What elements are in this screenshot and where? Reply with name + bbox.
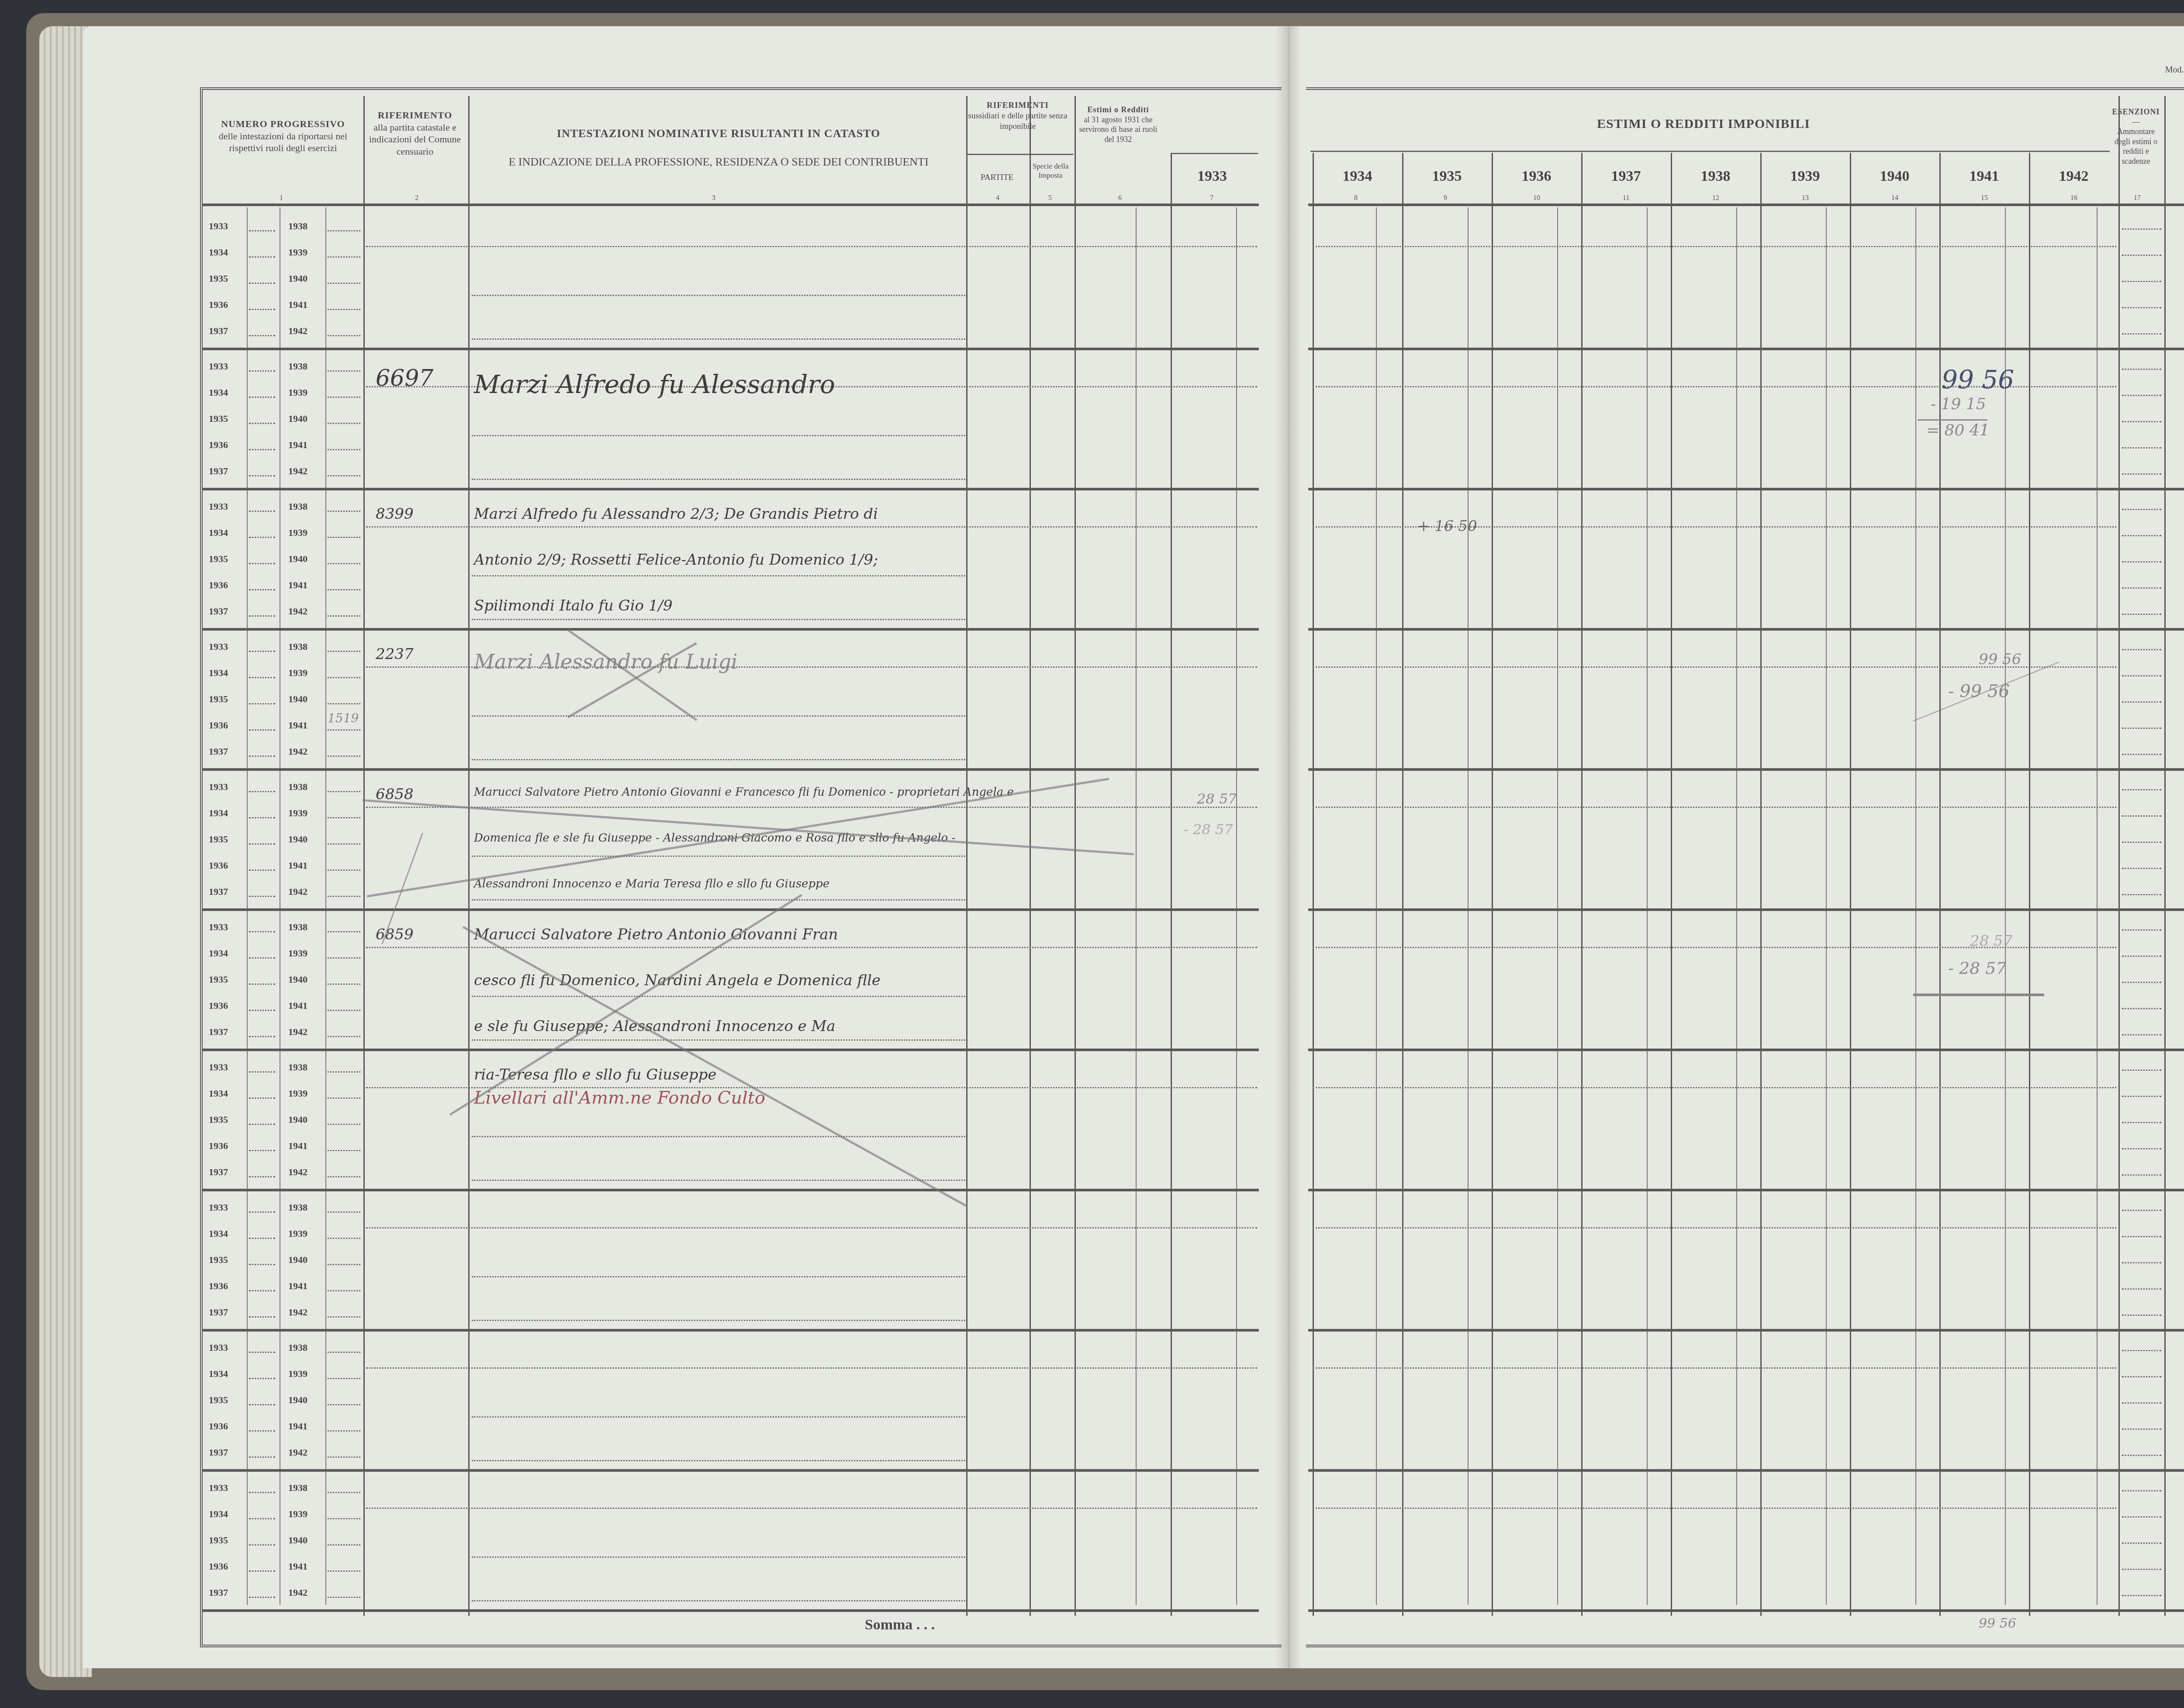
entry-line [472, 1276, 965, 1277]
year-label: 1940 [288, 1535, 308, 1546]
dotted-leader [2122, 754, 2161, 755]
dotted-leader [249, 896, 275, 897]
column-number-1: 1 [280, 194, 283, 202]
dotted-leader [249, 563, 275, 564]
year-label: 1939 [288, 667, 308, 679]
dotted-leader [249, 817, 275, 818]
year-label: 1935 [209, 1114, 228, 1125]
column-number-12: 12 [1712, 194, 1719, 202]
year-label: 1939 [288, 807, 308, 819]
dotted-leader [249, 791, 275, 792]
dotted-leader [249, 1544, 275, 1546]
partita-number: 2237 [376, 645, 414, 663]
somma-label: Somma . . . [843, 1616, 957, 1635]
dotted-leader [2122, 1236, 2161, 1237]
entry-line [366, 1367, 1257, 1369]
year-label: 1933 [209, 1062, 228, 1073]
entry-line [366, 807, 1257, 808]
header-year-1933: 1933 [1171, 168, 1254, 185]
column-rule [2118, 96, 2120, 1616]
year-label: 1933 [209, 501, 228, 512]
entry-line-right [1313, 1227, 2116, 1228]
dotted-leader [249, 1492, 275, 1493]
dotted-leader [328, 1352, 360, 1353]
entry-separator-right [1308, 1609, 2184, 1612]
dotted-leader [249, 1124, 275, 1125]
intestazione-text: Marzi Alessandro fu Luigi [474, 650, 738, 673]
entry-line [472, 1556, 965, 1558]
subcolumn-rule [2005, 207, 2006, 1605]
amount-entry1-1941-result: = 80 41 [1926, 421, 1990, 439]
dotted-leader [2122, 587, 2161, 589]
dotted-leader [2122, 1429, 2161, 1430]
column-rule [363, 96, 365, 1616]
dotted-leader [249, 1036, 275, 1037]
dotted-leader [328, 230, 360, 231]
header-riferimento: RIFERIMENTOalla partita catastale e indi… [365, 109, 465, 157]
dotted-leader [328, 283, 360, 284]
dotted-leader [328, 1404, 360, 1405]
dotted-leader [328, 651, 360, 652]
year-label: 1938 [288, 1202, 308, 1213]
year-label: 1936 [209, 1140, 228, 1152]
dotted-leader [328, 896, 360, 897]
intestazione-text: Antonio 2/9; Rossetti Felice-Antonio fu … [474, 551, 878, 569]
header-year-1939: 1939 [1760, 168, 1850, 185]
dotted-leader [328, 817, 360, 818]
entry-line [366, 246, 1257, 247]
dotted-leader [249, 983, 275, 985]
dotted-leader [328, 1570, 360, 1572]
year-label: 1941 [288, 1000, 308, 1011]
dotted-leader [328, 1456, 360, 1458]
entry-line [366, 526, 1257, 528]
column-rule [1313, 153, 1314, 1616]
column-rule [1581, 153, 1583, 1616]
year-label: 1939 [288, 387, 308, 398]
subcolumn-rule [247, 207, 248, 1605]
header-subrule [966, 154, 1073, 155]
dotted-leader [328, 1071, 360, 1073]
year-label: 1933 [209, 361, 228, 372]
dotted-leader [2122, 1315, 2161, 1316]
dotted-leader [2122, 1122, 2161, 1123]
entry-line [472, 1136, 965, 1137]
intestazione-text: Marzi Alfredo fu Alessandro [474, 369, 835, 399]
year-label: 1934 [209, 1368, 228, 1380]
amount-entry4-1933-minus: - 28 57 [1184, 821, 1233, 838]
year-label: 1934 [209, 527, 228, 538]
amount-entry1-1941: 99 56 [1942, 365, 2014, 394]
year-label: 1941 [288, 299, 308, 311]
entry-line [472, 1416, 965, 1418]
year-label: 1936 [209, 1000, 228, 1011]
entry-separator-left [202, 1469, 1259, 1472]
entry-line [472, 759, 965, 760]
dotted-leader [2122, 369, 2161, 370]
subcolumn-rule [1236, 207, 1237, 1605]
column-number-11: 11 [1623, 194, 1629, 202]
amount-entry2-1935: + 16 50 [1417, 518, 1477, 535]
dotted-leader [249, 1150, 275, 1151]
column-rule [966, 96, 968, 1616]
year-label: 1933 [209, 921, 228, 933]
column-number-8: 8 [1354, 194, 1358, 202]
entry-separator-left [202, 1049, 1259, 1051]
dotted-leader [328, 423, 360, 424]
dotted-leader [328, 589, 360, 590]
dotted-leader [328, 537, 360, 538]
column-rule [1671, 153, 1672, 1616]
dotted-leader [328, 983, 360, 985]
header-year-1938: 1938 [1671, 168, 1760, 185]
intestazione-text: Alessandroni Innocenzo e Maria Teresa fl… [474, 877, 829, 890]
entry-line [366, 1508, 1257, 1509]
year-label: 1939 [288, 1508, 308, 1520]
header-subrule-years [1310, 151, 2110, 152]
dotted-leader [249, 511, 275, 512]
entry-separator-right [1308, 1469, 2184, 1472]
year-label: 1940 [288, 974, 308, 985]
subcolumn-rule [325, 207, 326, 1605]
entry-separator-right [1308, 488, 2184, 490]
entry-separator-right [1308, 1189, 2184, 1191]
left-table-frame [200, 87, 1282, 1647]
dotted-leader [249, 1352, 275, 1353]
dotted-leader [2122, 1008, 2161, 1009]
year-label: 1934 [209, 948, 228, 959]
partita-number: 6859 [376, 926, 414, 943]
year-label: 1941 [288, 860, 308, 871]
year-label: 1936 [209, 299, 228, 311]
dotted-leader [2122, 1034, 2161, 1035]
year-label: 1942 [288, 1026, 308, 1038]
entry-line [472, 996, 965, 997]
year-label: 1934 [209, 387, 228, 398]
entry-line-right [1313, 1367, 2116, 1369]
year-label: 1942 [288, 1447, 308, 1458]
dotted-leader [2122, 1542, 2161, 1544]
dotted-leader [2122, 535, 2161, 536]
dotted-leader [328, 475, 360, 476]
sum-rule [1918, 419, 1987, 421]
year-label: 1939 [288, 1368, 308, 1380]
dotted-leader [249, 729, 275, 731]
entry-separator-right [1308, 908, 2184, 911]
year-label: 1939 [288, 1088, 308, 1099]
dotted-leader [2122, 1350, 2161, 1351]
dotted-leader [249, 1211, 275, 1213]
dotted-leader [2122, 1288, 2161, 1290]
year-label: 1936 [209, 1561, 228, 1572]
year-label: 1934 [209, 1088, 228, 1099]
column-rule [1402, 153, 1403, 1616]
year-label: 1934 [209, 1508, 228, 1520]
year-label: 1938 [288, 641, 308, 652]
entry-line [366, 1227, 1257, 1228]
dotted-leader [249, 703, 275, 704]
column-number-2: 2 [415, 194, 418, 202]
dotted-leader [249, 1264, 275, 1265]
subcolumn-rule [1468, 207, 1469, 1605]
dotted-leader [249, 756, 275, 757]
dotted-leader [249, 651, 275, 652]
subcolumn-rule [1136, 207, 1137, 1605]
year-label: 1936 [209, 439, 228, 451]
year-label: 1935 [209, 974, 228, 985]
entry-line-right [1313, 807, 2116, 808]
dotted-leader [328, 1176, 360, 1177]
dotted-leader [328, 511, 360, 512]
year-label: 1934 [209, 247, 228, 258]
year-label: 1938 [288, 921, 308, 933]
dotted-leader [249, 1316, 275, 1318]
dotted-leader [328, 370, 360, 372]
entry-separator-left [202, 908, 1259, 911]
dotted-leader [2122, 395, 2161, 396]
year-label: 1933 [209, 1342, 228, 1353]
year-label: 1942 [288, 746, 308, 757]
dotted-leader [328, 309, 360, 310]
subcolumn-rule [1915, 207, 1916, 1605]
column-rule [1492, 153, 1493, 1616]
column-number-3: 3 [712, 194, 715, 202]
year-label: 1937 [209, 606, 228, 617]
year-label: 1933 [209, 221, 228, 232]
amount-entry5-1941-minus: - 28 57 [1948, 959, 2007, 978]
header-year-1941: 1941 [1939, 168, 2029, 185]
dotted-leader [2122, 255, 2161, 256]
dotted-leader [249, 1404, 275, 1405]
entry-line [472, 575, 965, 576]
year-label: 1937 [209, 325, 228, 337]
dotted-leader [328, 1036, 360, 1037]
year-label: 1940 [288, 553, 308, 565]
year-label: 1940 [288, 413, 308, 424]
year-label: 1933 [209, 641, 228, 652]
dotted-leader [2122, 982, 2161, 983]
entry-line [472, 1039, 965, 1041]
dotted-leader [2122, 956, 2161, 957]
dotted-leader [328, 677, 360, 678]
dotted-leader [249, 870, 275, 871]
dotted-leader [2122, 307, 2161, 308]
year-label: 1936 [209, 860, 228, 871]
header-year-1936: 1936 [1492, 168, 1581, 185]
dotted-leader [328, 1518, 360, 1519]
entry-separator-right [1308, 628, 2184, 631]
year-label: 1938 [288, 1342, 308, 1353]
entry-separator-left [202, 1189, 1259, 1191]
dotted-leader [2122, 929, 2161, 931]
dotted-leader [249, 1071, 275, 1073]
year-label: 1938 [288, 1062, 308, 1073]
year-label: 1940 [288, 1114, 308, 1125]
dotted-leader [328, 397, 360, 398]
year-label: 1935 [209, 273, 228, 284]
dotted-leader [2122, 1490, 2161, 1491]
column-number-14: 14 [1891, 194, 1898, 202]
year-label: 1936 [209, 1280, 228, 1292]
entry-line [472, 856, 965, 857]
partita-number: 6697 [376, 365, 433, 391]
column-number-13: 13 [1802, 194, 1809, 202]
year-label: 1941 [288, 1561, 308, 1572]
year-label: 1939 [288, 948, 308, 959]
partita-number: 8399 [376, 505, 414, 523]
year-label: 1939 [288, 247, 308, 258]
column-number-5: 5 [1048, 194, 1052, 202]
dotted-leader [328, 1597, 360, 1598]
column-rule [1171, 154, 1172, 1616]
dotted-leader [328, 791, 360, 792]
intestazione-text: ria-Teresa fllo e sllo fu Giuseppe [474, 1066, 716, 1083]
dotted-leader [328, 563, 360, 564]
dotted-leader [328, 703, 360, 704]
year-label: 1937 [209, 886, 228, 897]
year-label: 1934 [209, 807, 228, 819]
intestazione-text: Marucci Salvatore Pietro Antonio Giovann… [474, 786, 1014, 799]
entry-separator-right [1308, 768, 2184, 771]
column-number-7: 7 [1210, 194, 1213, 202]
year-label: 1935 [209, 413, 228, 424]
dotted-leader [2122, 509, 2161, 510]
year-label: 1939 [288, 527, 308, 538]
dotted-leader [328, 449, 360, 450]
dotted-leader [249, 423, 275, 424]
header-subrule-1933 [1171, 153, 1258, 154]
year-label: 1942 [288, 1166, 308, 1178]
dotted-leader [2122, 473, 2161, 475]
entry-line [472, 899, 965, 901]
dotted-leader [249, 1176, 275, 1177]
dotted-leader [2122, 1516, 2161, 1518]
dotted-leader [2122, 1402, 2161, 1404]
header-rule-right [1308, 204, 2184, 206]
column-rule [1030, 96, 1031, 1616]
column-number-10: 10 [1533, 194, 1540, 202]
subcolumn-rule [1376, 207, 1377, 1605]
year-label: 1940 [288, 834, 308, 845]
column-rule [468, 96, 470, 1616]
year-label: 1935 [209, 1535, 228, 1546]
dotted-leader [328, 931, 360, 932]
year-label: 1937 [209, 1587, 228, 1598]
year-label: 1936 [209, 1421, 228, 1432]
year-label: 1933 [209, 1202, 228, 1213]
year-label: 1938 [288, 221, 308, 232]
dotted-leader [328, 1150, 360, 1151]
entry-line-right [1313, 1508, 2116, 1509]
header-year-1940: 1940 [1850, 168, 1939, 185]
year-label: 1942 [288, 325, 308, 337]
dotted-leader [249, 335, 275, 336]
header-riferimenti-sussidiari: RIFERIMENTIsussidiari e delle partite se… [965, 100, 1070, 131]
year-label: 1941 [288, 1421, 308, 1432]
header-partite: PARTITE [965, 173, 1029, 183]
year-label: 1940 [288, 1254, 308, 1266]
entry-separator-right [1308, 1329, 2184, 1332]
dotted-leader [328, 1097, 360, 1099]
entry-line [472, 338, 965, 340]
year-label: 1935 [209, 1254, 228, 1266]
year-label: 1942 [288, 606, 308, 617]
year-label: 1937 [209, 1166, 228, 1178]
subcolumn-rule [1557, 207, 1558, 1605]
year-label: 1941 [288, 439, 308, 451]
dotted-leader [328, 256, 360, 258]
header-annotazioni: ANNOTAZIONI [2164, 138, 2184, 152]
dotted-leader [2122, 728, 2161, 729]
entry-separator-right [1308, 1049, 2184, 1051]
dotted-leader [249, 1097, 275, 1099]
somma-1941-value: 99 56 [1979, 1616, 2016, 1631]
year-label: 1940 [288, 694, 308, 705]
dotted-leader [328, 843, 360, 845]
year-label: 1937 [209, 1307, 228, 1318]
dotted-leader [328, 1316, 360, 1318]
column-number-17: 17 [2134, 194, 2141, 202]
year-label: 1942 [288, 1307, 308, 1318]
dotted-leader [2122, 1096, 2161, 1097]
dotted-leader [249, 843, 275, 845]
dotted-leader [249, 1290, 275, 1291]
entry-line [472, 479, 965, 480]
dotted-leader [328, 1124, 360, 1125]
dotted-leader [249, 1378, 275, 1379]
entry-separator-left [202, 488, 1259, 490]
dotted-leader [2122, 228, 2161, 230]
double-rule-entry5 [1913, 994, 2044, 996]
dotted-leader [249, 449, 275, 450]
dotted-leader [249, 537, 275, 538]
dotted-leader [2122, 675, 2161, 676]
year-label: 1942 [288, 886, 308, 897]
dotted-leader [2122, 333, 2161, 335]
entry-line [472, 619, 965, 620]
year-label: 1942 [288, 1587, 308, 1598]
entry-separator-left [202, 628, 1259, 631]
dotted-leader [328, 729, 360, 731]
dotted-leader [249, 1430, 275, 1432]
year-label: 1935 [209, 553, 228, 565]
dotted-leader [249, 283, 275, 284]
subcolumn-rule [1736, 207, 1737, 1605]
dotted-leader [249, 1010, 275, 1011]
year-label: 1938 [288, 501, 308, 512]
year-label: 1935 [209, 1394, 228, 1406]
subcolumn-rule [2097, 207, 2098, 1605]
dotted-leader [328, 870, 360, 871]
header-year-1942: 1942 [2029, 168, 2118, 185]
dotted-leader [2122, 614, 2161, 615]
year-label: 1942 [288, 466, 308, 477]
entry-separator-right [1308, 348, 2184, 350]
dotted-leader [328, 1544, 360, 1546]
entry-line-right [1313, 1087, 2116, 1088]
entry-line [472, 1180, 965, 1181]
dotted-leader [249, 957, 275, 959]
entry-line [472, 1600, 965, 1601]
dotted-leader [328, 957, 360, 959]
year-label: 1938 [288, 1482, 308, 1494]
year-label: 1937 [209, 746, 228, 757]
year-label: 1933 [209, 1482, 228, 1494]
dotted-leader [2122, 1376, 2161, 1377]
dotted-leader [249, 677, 275, 678]
amount-entry3-1941-minus: - 99 56 [1948, 681, 2010, 701]
year-label: 1941 [288, 720, 308, 731]
